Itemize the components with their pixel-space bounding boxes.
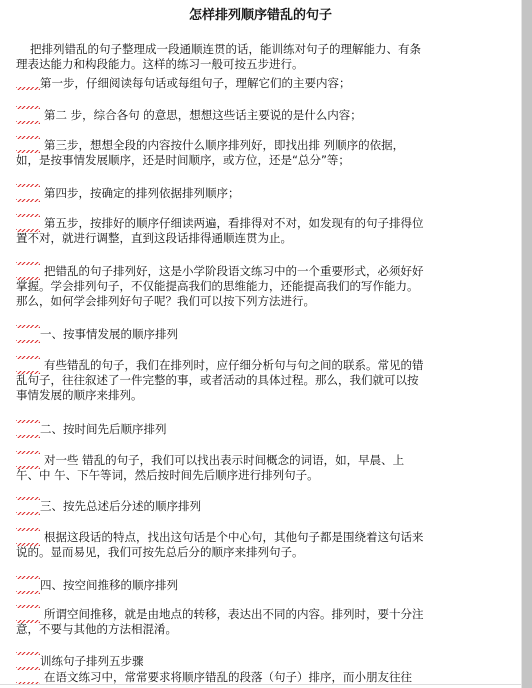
step-1: 第一步，仔细阅读每句话或每组句子，理解它们的主要内容； (16, 76, 426, 91)
vertical-scrollbar[interactable] (521, 0, 532, 688)
page-bottom-border (0, 684, 521, 685)
heading-method-3: 三、按先总述后分述的顺序排列 (16, 499, 426, 514)
heading-method-4: 四、按空间推移的顺序排列 (16, 578, 426, 593)
method-1-text: 有些错乱的句子，我们在排列时，应仔细分析句与句之间的联系。常见的错乱句子，往往叙… (16, 358, 426, 403)
method-4-text: 所谓空间推移，就是由地点的转移，表达出不同的内容。排列时，要十分注意，不要与其他… (16, 607, 426, 637)
training-text: 在语文练习中，常常要求将顺序错乱的段落（句子）排序，而小朋友往往 (16, 670, 426, 685)
intro-paragraph: 把排列错乱的句子整理成一段通顺连贯的话，能训练对句子的理解能力、有条理表达能力和… (16, 42, 426, 72)
section-heading-training: 训练句子排列五步骤 (16, 654, 426, 669)
step-3: 第三步，想想全段的内容按什么顺序排列好，即找出排 列顺序的依据，如，是按事情发展… (16, 138, 426, 168)
method-3-text: 根据这段话的特点，找出这句话是个中心句，其他句子都是围绕着这句话来说的。显而易见… (16, 530, 426, 560)
document-title: 怎样排列顺序错乱的句子 (0, 4, 521, 23)
document-page: 怎样排列顺序错乱的句子 把排列错乱的句子整理成一段通顺连贯的话，能训练对句子的理… (0, 0, 521, 688)
heading-method-2: 二、按时间先后顺序排列 (16, 422, 426, 437)
heading-method-1: 一、按事情发展的顺序排列 (16, 327, 426, 342)
summary-paragraph: 把错乱的句子排列好，这是小学阶段语文练习中的一个重要形式，必须好好掌握。学会排列… (16, 264, 426, 309)
step-5: 第五步，按排好的顺序仔细读两遍，看排得对不对，如发现有的句子排得位置不对，就进行… (16, 216, 426, 246)
method-2-text: 对一些 错乱的句子，我们可以找出表示时间概念的词语，如，早晨、上午、中 午、下午… (16, 453, 426, 483)
step-2: 第二 步，综合各句 的意思，想想这些话主要说的是什么内容； (16, 108, 426, 123)
step-4: 第四步，按确定的排列依据排列顺序； (16, 186, 426, 201)
